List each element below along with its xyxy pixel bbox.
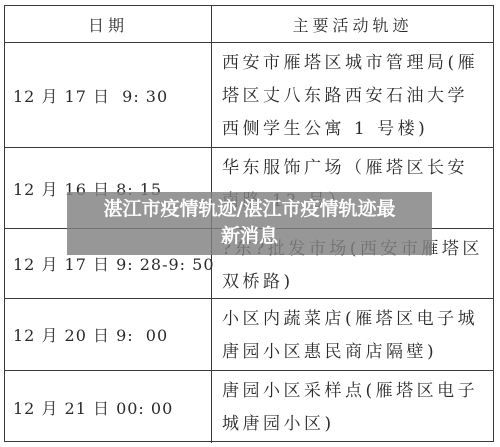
table-row: 12 月 21 日 00: 00 唐园小区采样点(雁塔区电子城唐园小区): [5, 371, 493, 443]
date-cell: 12 月 17 日 9: 30: [5, 43, 212, 147]
table-row: 12 月 17 日 9: 30 西安市雁塔区城市管理局(雁塔区丈八东路西安石油大…: [5, 43, 493, 148]
date-cell: 12 月 20 日 9: 00: [5, 299, 212, 370]
overlay-title-line2: 新消息: [67, 223, 432, 250]
overlay-title-line1: 湛江市疫情轨迹/湛江市疫情轨迹最: [67, 196, 432, 223]
table-row: 12 月 20 日 9: 00 小区内蔬菜店(雁塔区电子城唐园小区惠民商店隔壁): [5, 299, 493, 371]
title-overlay: 湛江市疫情轨迹/湛江市疫情轨迹最 新消息: [67, 192, 432, 255]
date-cell: 12 月 21 日 00: 00: [5, 371, 212, 443]
track-cell: 西安市雁塔区城市管理局(雁塔区丈八东路西安石油大学西侧学生公寓 1 号楼): [212, 43, 493, 147]
table-header-row: 日期 主要活动轨迹: [5, 6, 493, 43]
header-track: 主要活动轨迹: [212, 6, 493, 42]
track-cell: 唐园小区采样点(雁塔区电子城唐园小区): [212, 371, 493, 443]
track-cell: 小区内蔬菜店(雁塔区电子城唐园小区惠民商店隔壁): [212, 299, 493, 370]
header-date: 日期: [5, 6, 212, 42]
